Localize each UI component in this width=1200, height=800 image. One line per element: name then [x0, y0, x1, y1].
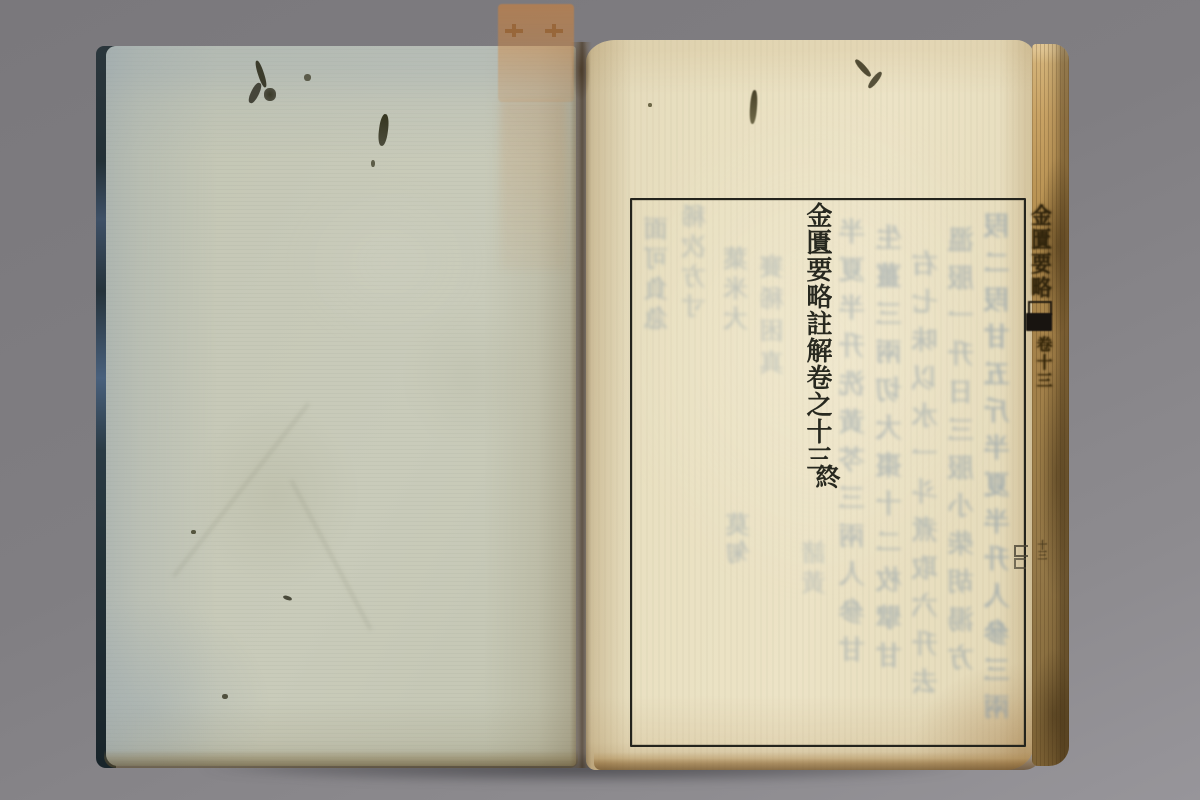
page-gutter-shadow [570, 42, 592, 768]
fore-edge-corner-mark [1014, 545, 1028, 557]
worm-hole-mark [222, 694, 228, 699]
right-page-bottom-edge [594, 752, 1042, 770]
fore-edge-black-tab [1026, 313, 1052, 331]
tape-stitch-mark [545, 24, 563, 37]
repair-tape [498, 4, 574, 102]
page-gutter-top-shadow [572, 40, 590, 100]
fore-edge-corner-mark [1014, 558, 1026, 569]
photo-of-open-woodblock-book: 面可負急稀次方寸葉米大莫匊賽稀困真諸黃半夏半升洗黃芩三兩人參甘生薑三兩切大棗十二… [0, 0, 1200, 800]
left-page-stain [400, 300, 530, 450]
worm-hole-mark [264, 88, 276, 101]
worm-hole-mark [648, 103, 652, 107]
tape-stitch-mark [505, 24, 523, 37]
end-mark-character: 終 [807, 464, 843, 498]
tape-stain-smear [500, 100, 566, 270]
fore-edge-texture [1032, 44, 1069, 766]
volume-title-vertical-text: 金匱要略註解卷之十三 [794, 202, 836, 472]
worm-hole-mark [191, 530, 196, 534]
fore-edge-page-mark: 十三 [1030, 540, 1048, 570]
worm-hole-mark [371, 160, 375, 167]
left-page-stain [190, 400, 360, 590]
fore-edge-volume-text: 卷十三 [1030, 336, 1054, 398]
worm-hole-mark [304, 74, 311, 81]
left-page-bottom-edge [104, 750, 578, 768]
